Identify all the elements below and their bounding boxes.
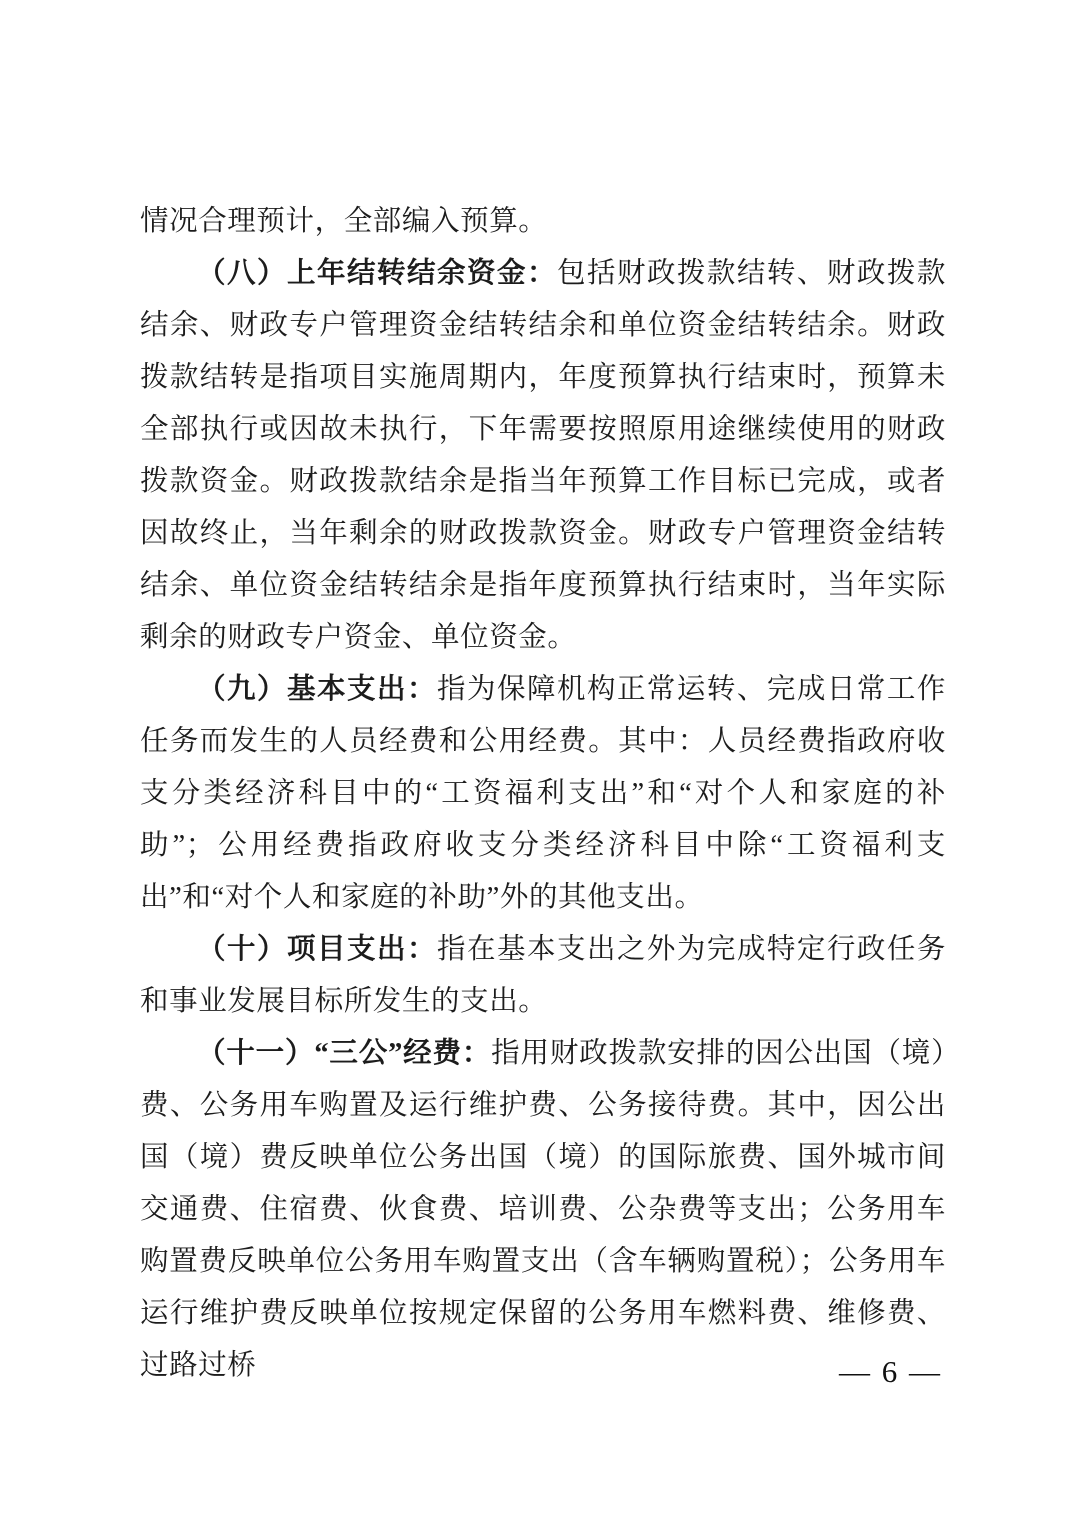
page-number: — 6 — [839, 1352, 942, 1392]
term-heading: （十一）“三公”经费： [197, 1038, 491, 1069]
document-page: 情况合理预计，全部编入预算。 （八）上年结转结余资金：包括财政拨款结转、财政拨款… [0, 0, 1074, 1520]
term-heading: （九）基本支出： [197, 674, 437, 705]
paragraph-text: 包括财政拨款结转、财政拨款结余、财政专户管理资金结转结余和单位资金结转结余。财政… [140, 258, 946, 653]
term-heading: （八）上年结转结余资金： [197, 258, 557, 289]
paragraph: （九）基本支出：指为保障机构正常运转、完成日常工作任务而发生的人员经费和公用经费… [140, 664, 946, 924]
paragraph: （十）项目支出：指在基本支出之外为完成特定行政任务和事业发展目标所发生的支出。 [140, 924, 946, 1028]
document-body: 情况合理预计，全部编入预算。 （八）上年结转结余资金：包括财政拨款结转、财政拨款… [140, 196, 946, 1392]
paragraph: （十一）“三公”经费：指用财政拨款安排的因公出国（境）费、公务用车购置及运行维护… [140, 1028, 946, 1392]
paragraph-text: 情况合理预计，全部编入预算。 [140, 206, 547, 237]
paragraph: 情况合理预计，全部编入预算。 [140, 196, 946, 248]
paragraph-text: 指用财政拨款安排的因公出国（境）费、公务用车购置及运行维护费、公务接待费。其中，… [140, 1038, 946, 1381]
paragraph: （八）上年结转结余资金：包括财政拨款结转、财政拨款结余、财政专户管理资金结转结余… [140, 248, 946, 664]
paragraph-text: 指为保障机构正常运转、完成日常工作任务而发生的人员经费和公用经费。其中：人员经费… [140, 674, 946, 913]
term-heading: （十）项目支出： [197, 934, 437, 965]
